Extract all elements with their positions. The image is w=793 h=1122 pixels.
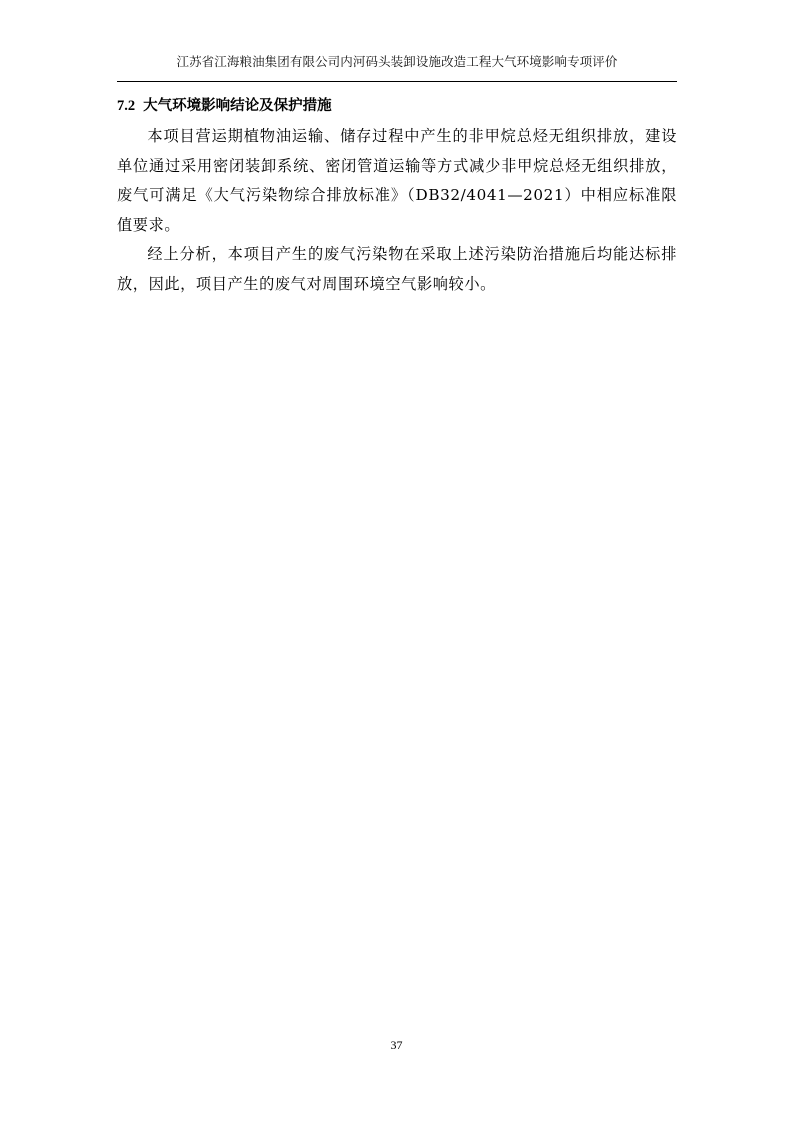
header-divider (117, 81, 677, 82)
paragraph-text: 经上分析，本项目产生的废气污染物在采取上述污染防治措施后均能达标排放，因此，项目… (117, 240, 677, 299)
page-number: 37 (0, 1038, 793, 1053)
section-number: 7.2 (117, 98, 135, 114)
section-heading: 7.2大气环境影响结论及保护措施 (117, 96, 332, 116)
paragraph-text: 本项目营运期植物油运输、储存过程中产生的非甲烷总烃无组织排放，建设单位通过采用密… (117, 122, 677, 240)
running-header: 江苏省江海粮油集团有限公司内河码头装卸设施改造工程大气环境影响专项评价 (117, 54, 677, 70)
section-title: 大气环境影响结论及保护措施 (143, 98, 332, 114)
paragraph-1: 本项目营运期植物油运输、储存过程中产生的非甲烷总烃无组织排放，建设单位通过采用密… (117, 122, 677, 240)
paragraph-2: 经上分析，本项目产生的废气污染物在采取上述污染防治措施后均能达标排放，因此，项目… (117, 240, 677, 299)
